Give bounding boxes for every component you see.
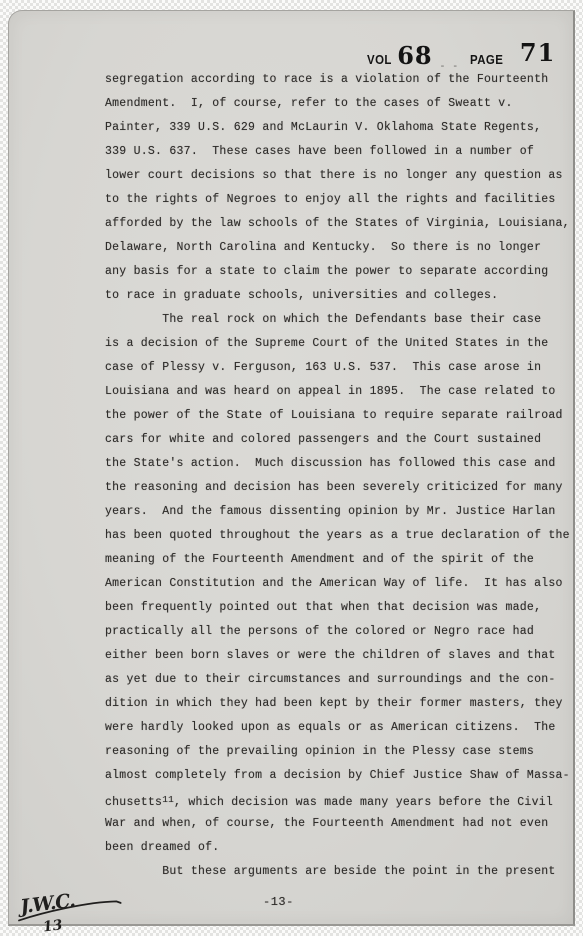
text-line: 339 U.S. 637. These cases have been foll… xyxy=(105,140,571,164)
text-line: Louisiana and was heard on appeal in 189… xyxy=(105,380,571,404)
volume-page-stamp: VOL 68 - - PAGE 71 xyxy=(367,41,555,70)
text-line: either been born slaves or were the chil… xyxy=(105,644,571,668)
footnote-reference: 11 xyxy=(162,794,174,805)
text-line: the State's action. Much discussion has … xyxy=(105,452,571,476)
text-line: years. And the famous dissenting opinion… xyxy=(105,500,571,524)
text-line: War and when, of course, the Fourteenth … xyxy=(105,812,571,836)
text-line: Amendment. I, of course, refer to the ca… xyxy=(105,92,571,116)
text-line: chusetts11, which decision was made many… xyxy=(105,788,571,812)
text-line: has been quoted throughout the years as … xyxy=(105,524,571,548)
vol-label: VOL xyxy=(367,52,392,67)
text-line: lower court decisions so that there is n… xyxy=(105,164,571,188)
page-label: PAGE xyxy=(470,52,503,67)
text-line: the power of the State of Louisiana to r… xyxy=(105,404,571,428)
text-line: practically all the persons of the color… xyxy=(105,620,571,644)
text-line: been dreamed of. xyxy=(105,836,571,860)
text-line: cars for white and colored passengers an… xyxy=(105,428,571,452)
text-line: been frequently pointed out that when th… xyxy=(105,596,571,620)
handwritten-signature: J.W.C. 13 xyxy=(12,876,130,936)
text-line: were hardly looked upon as equals or as … xyxy=(105,716,571,740)
paper: VOL 68 - - PAGE 71 segregation according… xyxy=(8,10,575,926)
text-line: afforded by the law schools of the State… xyxy=(105,212,571,236)
text-line: American Constitution and the American W… xyxy=(105,572,571,596)
page-number: -13- xyxy=(263,895,294,909)
page-value: 71 xyxy=(520,38,555,67)
text-line: dition in which they had been kept by th… xyxy=(105,692,571,716)
text-line: is a decision of the Supreme Court of th… xyxy=(105,332,571,356)
text-line: Delaware, North Carolina and Kentucky. S… xyxy=(105,236,571,260)
text-line: any basis for a state to claim the power… xyxy=(105,260,571,284)
text-line: almost completely from a decision by Chi… xyxy=(105,764,571,788)
scanned-page: VOL 68 - - PAGE 71 segregation according… xyxy=(0,0,583,936)
signature-number: 13 xyxy=(42,917,64,935)
typed-text-body: segregation according to race is a viola… xyxy=(105,68,571,884)
signature-initials: J.W.C. xyxy=(16,890,76,919)
text-line: The real rock on which the Defendants ba… xyxy=(105,308,571,332)
text-line: Painter, 339 U.S. 629 and McLaurin V. Ok… xyxy=(105,116,571,140)
text-line: as yet due to their circumstances and su… xyxy=(105,668,571,692)
text-line: case of Plessy v. Ferguson, 163 U.S. 537… xyxy=(105,356,571,380)
text-line: But these arguments are beside the point… xyxy=(105,860,571,884)
vol-value: 68 xyxy=(397,41,432,70)
text-line: segregation according to race is a viola… xyxy=(105,68,571,92)
text-line: reasoning of the prevailing opinion in t… xyxy=(105,740,571,764)
text-line: to race in graduate schools, universitie… xyxy=(105,284,571,308)
text-line: the reasoning and decision has been seve… xyxy=(105,476,571,500)
text-line: meaning of the Fourteenth Amendment and … xyxy=(105,548,571,572)
text-line: to the rights of Negroes to enjoy all th… xyxy=(105,188,571,212)
